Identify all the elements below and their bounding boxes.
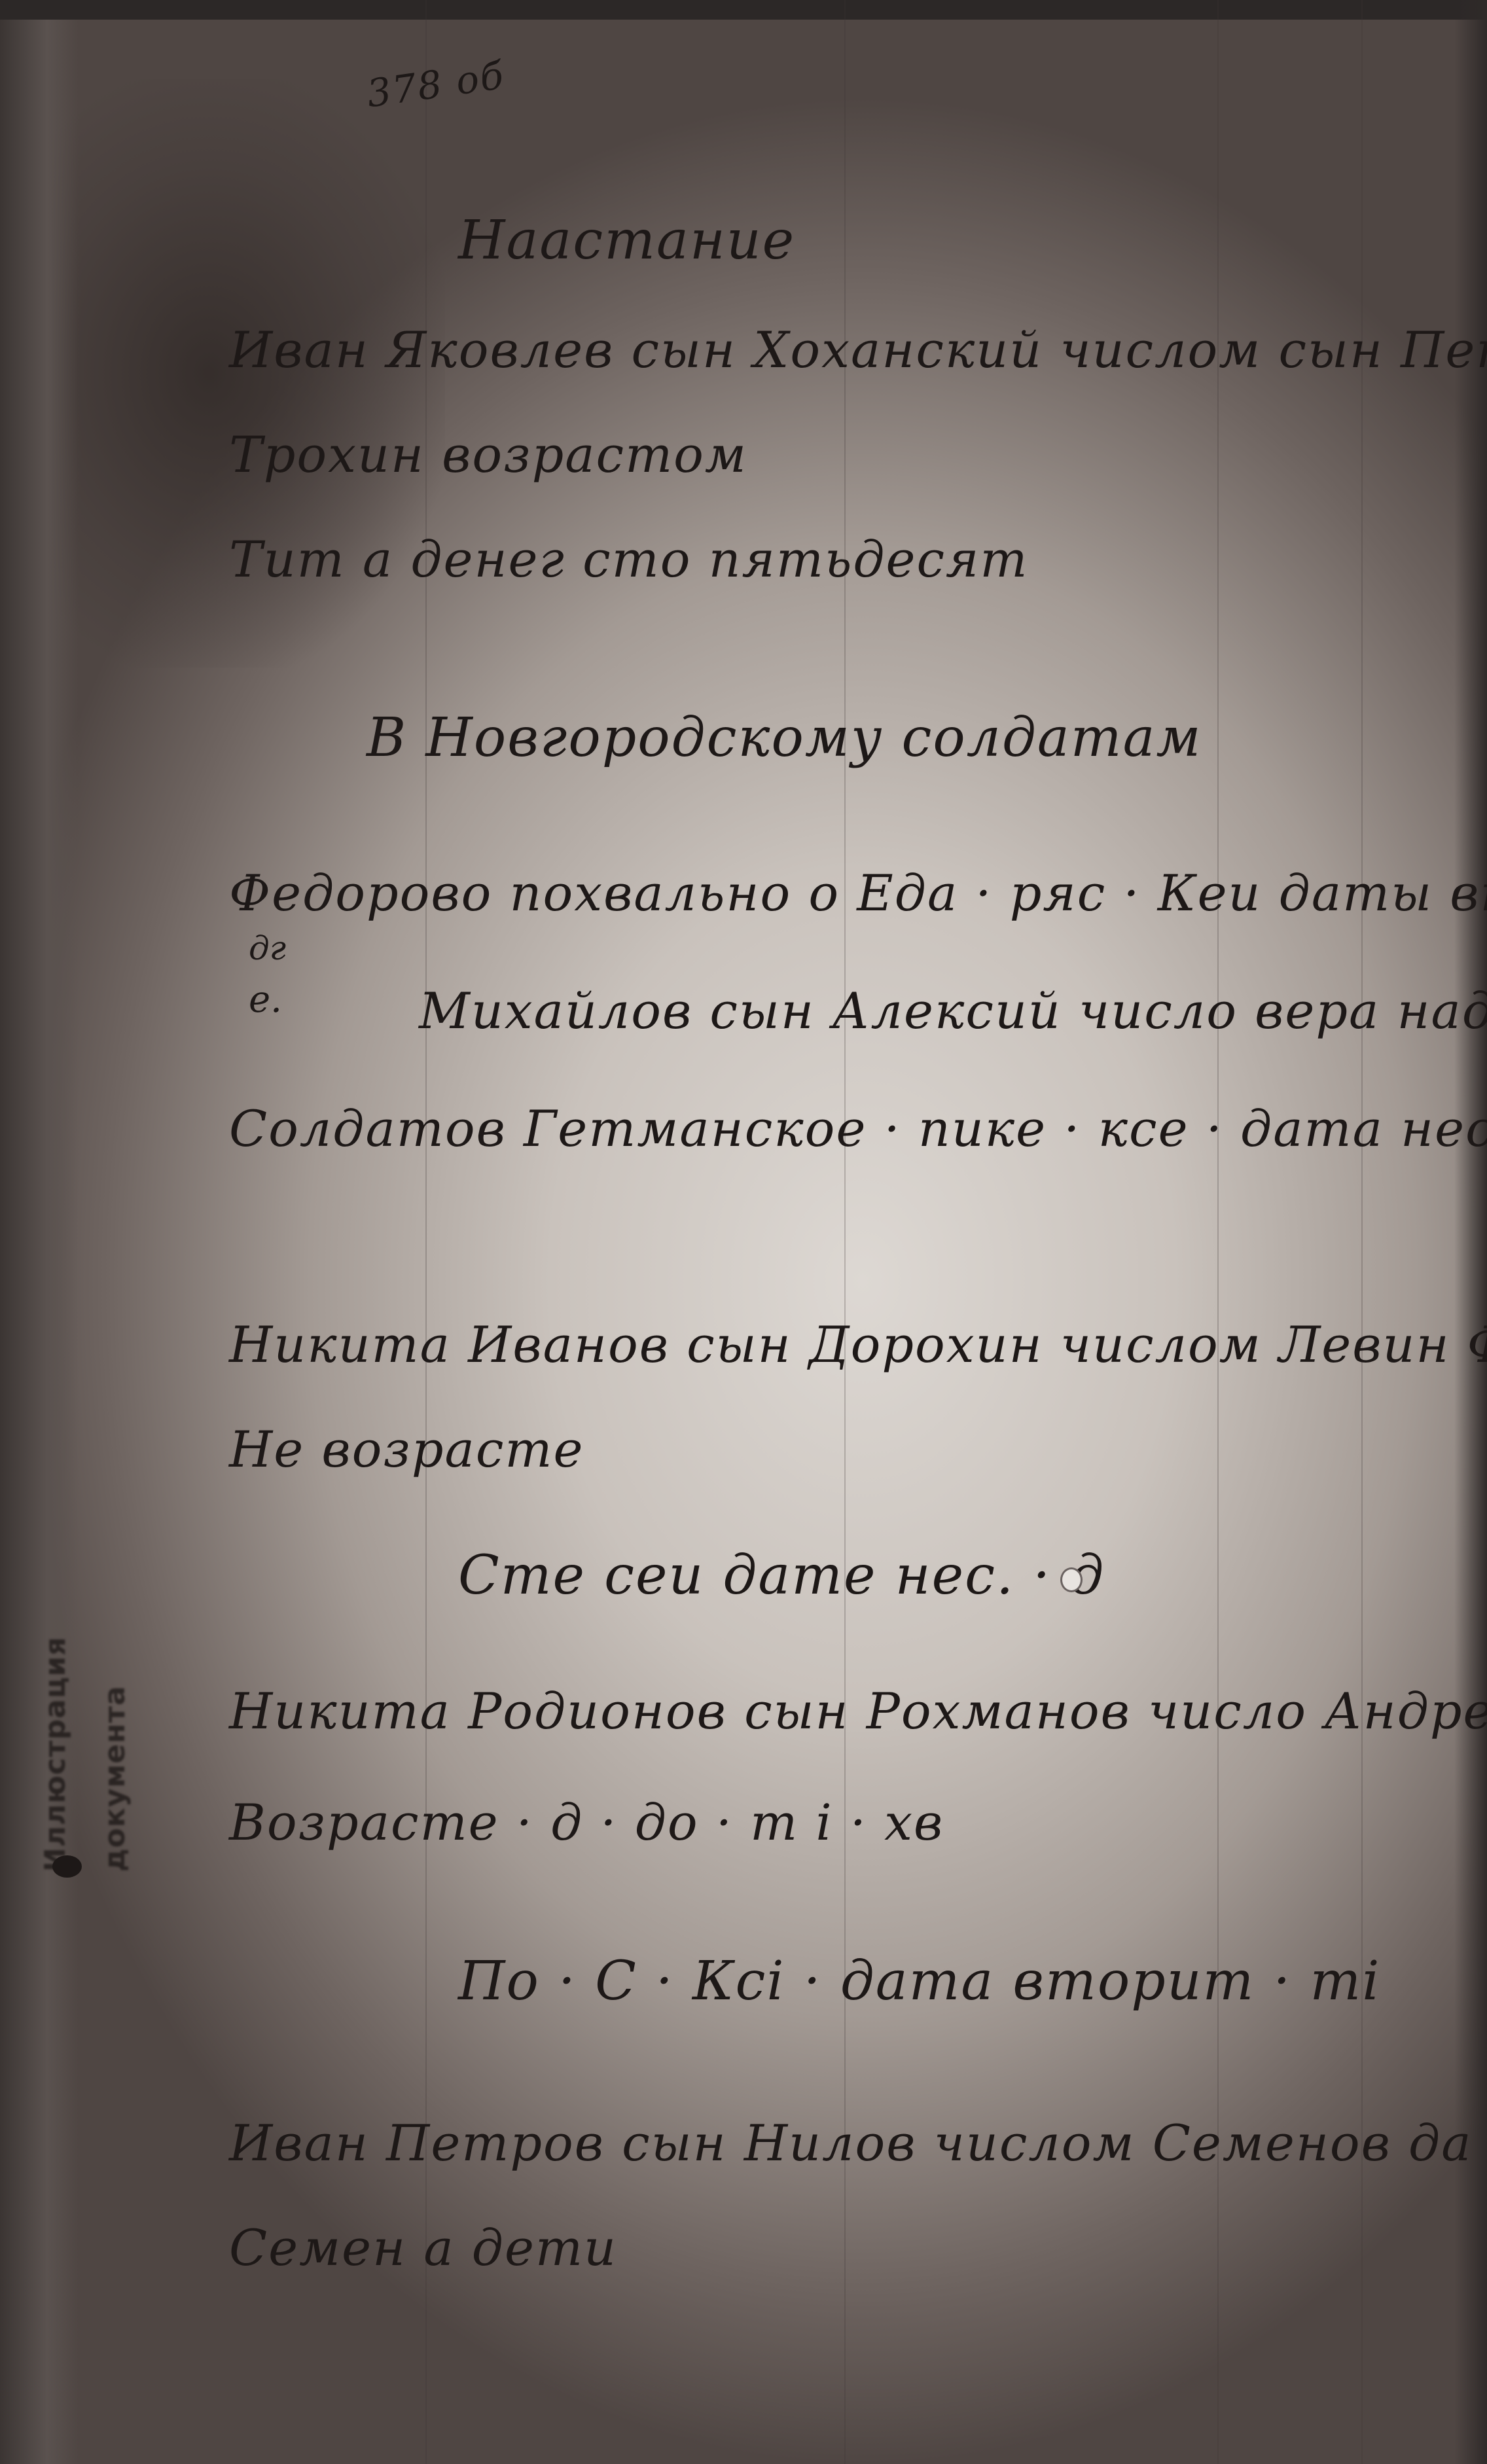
stamp-dot [52, 1855, 82, 1878]
binding-shadow [0, 0, 79, 2464]
archive-stamp: Иллюстрация документа [20, 1597, 151, 1872]
manuscript-line: Трохин возрастом [229, 425, 747, 484]
margin-numeral: дг [249, 929, 286, 967]
top-edge [0, 0, 1487, 20]
stamp-text: документа [98, 1597, 132, 1872]
paper-damage-mark [1060, 1567, 1083, 1592]
manuscript-line: Иван Яковлев сын Хоханский числом сын Пе… [229, 321, 1487, 379]
manuscript-line: Иван Петров сын Нилов числом Семенов да [229, 2114, 1473, 2172]
manuscript-line: Михайлов сын Алексий число вера надо воз… [419, 982, 1487, 1040]
section-heading: По · С · Ксі · дата вторит · ті [458, 1950, 1380, 2012]
manuscript-line: Федорово похвально о Еда · ряс · Кеи дат… [229, 864, 1487, 922]
manuscript-line: Никита Иванов сын Дорохин числом Левин Ф… [229, 1315, 1487, 1374]
manuscript-line: Не возрасте [229, 1420, 584, 1478]
section-heading: Наастание [458, 209, 795, 272]
manuscript-line: Семен а дети [229, 2219, 617, 2277]
section-heading: В Новгородскому солдатам [367, 707, 1202, 769]
stamp-text: Иллюстрация [39, 1597, 72, 1872]
margin-numeral: е. [249, 978, 282, 1021]
section-heading: Сте сеи дате нес. · д [458, 1544, 1105, 1607]
manuscript-line: Тит а денег сто пятьдесят [229, 530, 1028, 588]
manuscript-line: Возрасте · д · до · т і · хв [229, 1793, 944, 1851]
manuscript-line: Никита Родионов сын Рохманов число Андре… [229, 1682, 1487, 1740]
manuscript-line: Солдатов Гетманское · пике · ксе · дата … [229, 1099, 1487, 1158]
